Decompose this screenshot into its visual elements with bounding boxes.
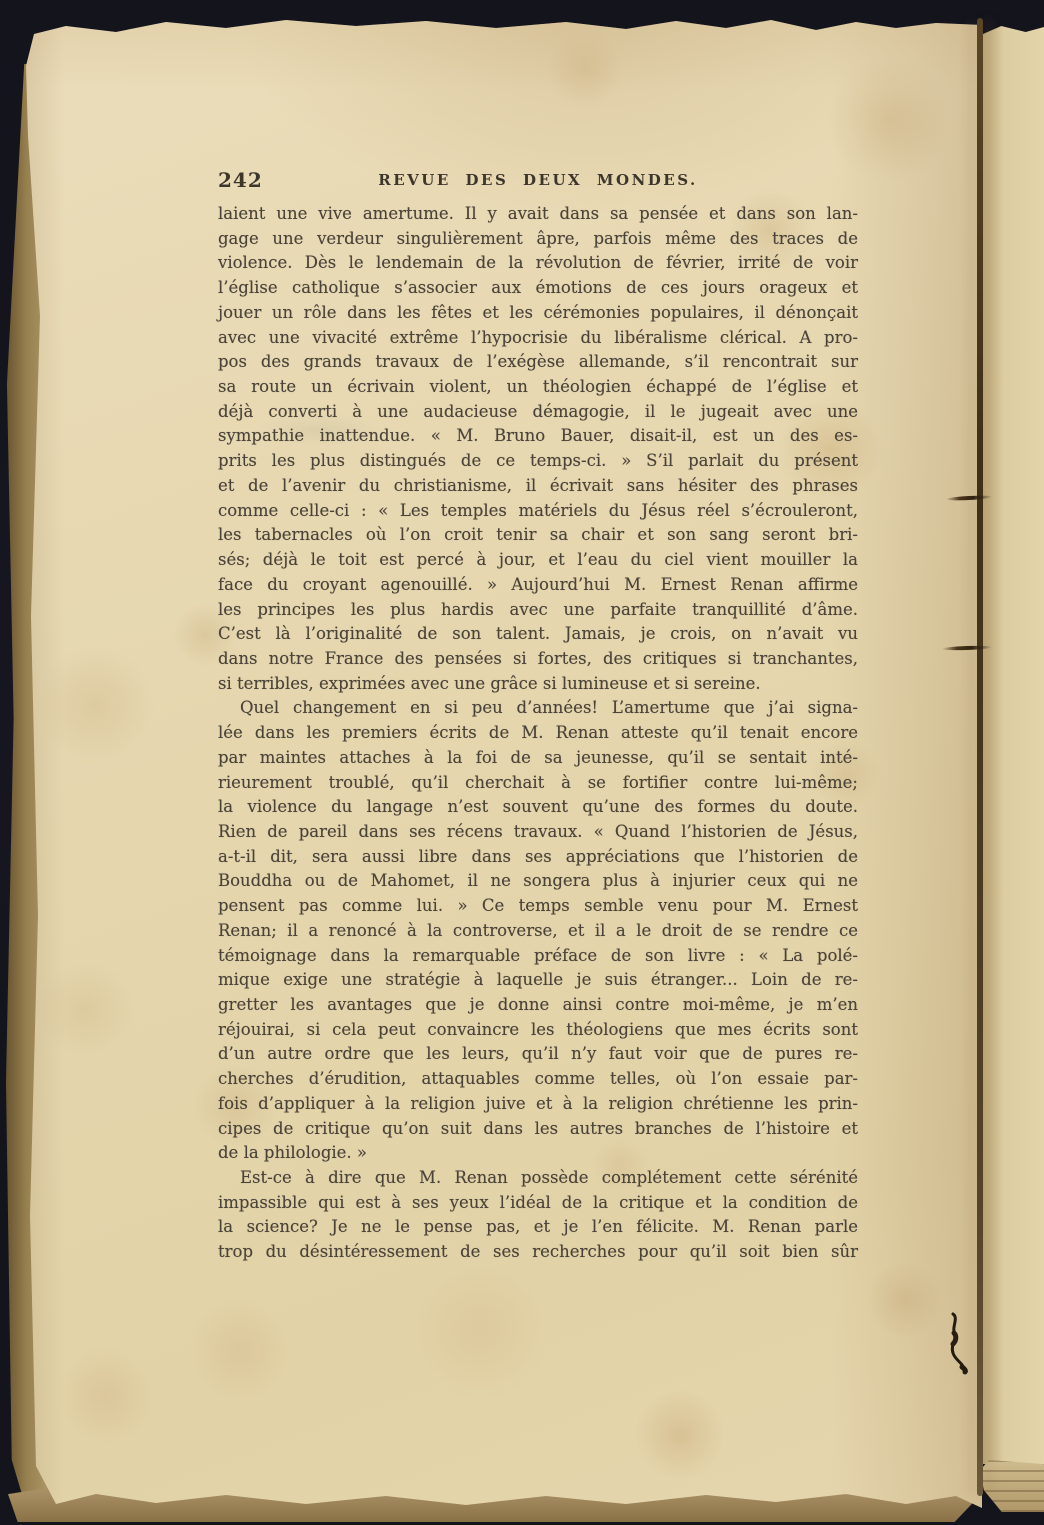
text-line: a-t-il dit, sera aussi libre dans ses ap…: [218, 845, 858, 870]
text-line: Renan; il a renoncé à la controverse, et…: [218, 919, 858, 944]
text-line: déjà converti à une audacieuse démagogie…: [218, 400, 858, 425]
text-line: réjouirai, si cela peut convaincre les t…: [218, 1018, 858, 1043]
text-line: Quel changement en si peu d’années! L’am…: [218, 696, 858, 721]
text-line: l’église catholique s’associer aux émoti…: [218, 276, 858, 301]
page-header: 242 REVUE DES DEUX MONDES.: [218, 166, 858, 196]
adjacent-page-edge: [983, 24, 1044, 1464]
text-line: jouer un rôle dans les fêtes et les céré…: [218, 301, 858, 326]
text-line: fois d’appliquer à la religion juive et …: [218, 1092, 858, 1117]
text-line: lée dans les premiers écrits de M. Renan…: [218, 721, 858, 746]
text-line: sympathie inattendue. « M. Bruno Bauer, …: [218, 424, 858, 449]
text-line: les tabernacles où l’on croit tenir sa c…: [218, 523, 858, 548]
text-line: pensent pas comme lui. » Ce temps semble…: [218, 894, 858, 919]
text-line: gage une verdeur singulièrement âpre, pa…: [218, 227, 858, 252]
gutter-crease: [977, 18, 983, 1496]
text-line: et de l’avenir du christianisme, il écri…: [218, 474, 858, 499]
text-line: sa route un écrivain violent, un théolog…: [218, 375, 858, 400]
text-line: C’est là l’originalité de son talent. Ja…: [218, 622, 858, 647]
ink-blot-mark: [938, 1308, 974, 1384]
text-line: face du croyant agenouillé. » Aujourd’hu…: [218, 573, 858, 598]
text-line: cherches d’érudition, attaquables comme …: [218, 1067, 858, 1092]
text-line: cipes de critique qu’on suit dans les au…: [218, 1117, 858, 1142]
book-page: 242 REVUE DES DEUX MONDES. laient une vi…: [26, 16, 982, 1508]
text-line: avec une vivacité extrême l’hypocrisie d…: [218, 326, 858, 351]
text-line: trop du désintéressement de ses recherch…: [218, 1240, 858, 1265]
text-line: pos des grands travaux de l’exégèse alle…: [218, 350, 858, 375]
running-title: REVUE DES DEUX MONDES.: [218, 166, 858, 189]
text-line: sés; déjà le toit est percé à jour, et l…: [218, 548, 858, 573]
text-line: gretter les avantages que je donne ainsi…: [218, 993, 858, 1018]
text-line: témoignage dans la remarquable préface d…: [218, 944, 858, 969]
text-line: rieurement troublé, qu’il cherchait à se…: [218, 771, 858, 796]
stacked-pages-edge: [980, 1460, 1044, 1512]
page-number: 242: [218, 168, 263, 192]
text-line: Rien de pareil dans ses récens travaux. …: [218, 820, 858, 845]
scanned-book-photo: 242 REVUE DES DEUX MONDES. laient une vi…: [0, 0, 1044, 1525]
text-line: par maintes attaches à la foi de sa jeun…: [218, 746, 858, 771]
text-line: de la philologie. »: [218, 1141, 858, 1166]
text-line: les principes les plus hardis avec une p…: [218, 598, 858, 623]
text-line: si terribles, exprimées avec une grâce s…: [218, 672, 858, 697]
text-line: Bouddha ou de Mahomet, il ne songera plu…: [218, 869, 858, 894]
text-line: prits les plus distingués de ce temps-ci…: [218, 449, 858, 474]
text-line: laient une vive amertume. Il y avait dan…: [218, 202, 858, 227]
text-line: d’un autre ordre que les leurs, qu’il n’…: [218, 1042, 858, 1067]
text-line: dans notre France des pensées si fortes,…: [218, 647, 858, 672]
text-line: la violence du langage n’est souvent qu’…: [218, 795, 858, 820]
text-line: comme celle-ci : « Les temples matériels…: [218, 499, 858, 524]
text-line: mique exige une stratégie à laquelle je …: [218, 968, 858, 993]
text-line: impassible qui est à ses yeux l’idéal de…: [218, 1191, 858, 1216]
body-text: laient une vive amertume. Il y avait dan…: [218, 202, 858, 1265]
text-line: la science? Je ne le pense pas, et je l’…: [218, 1215, 858, 1240]
text-line: violence. Dès le lendemain de la révolut…: [218, 251, 858, 276]
text-line: Est-ce à dire que M. Renan possède compl…: [218, 1166, 858, 1191]
